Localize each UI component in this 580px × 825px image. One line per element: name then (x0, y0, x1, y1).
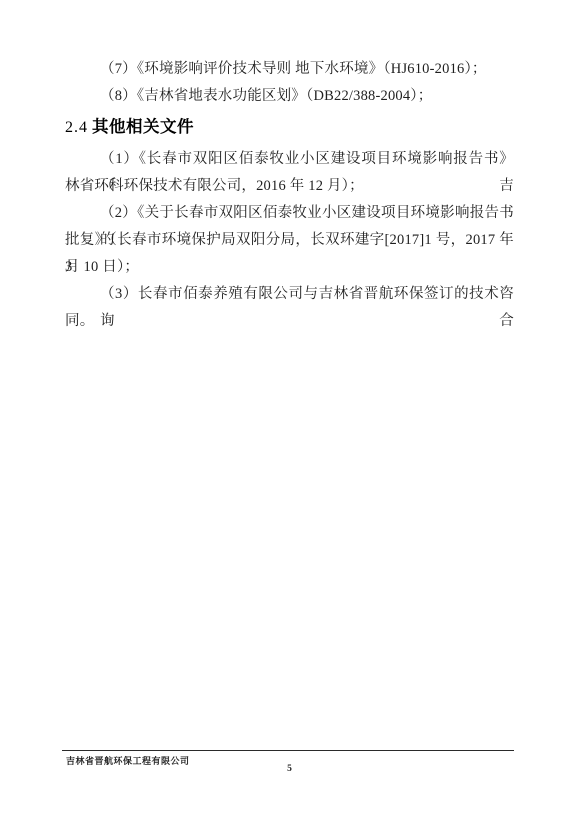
page-content: （7）《环境影响评价技术导则 地下水环境》（HJ610-2016）； （8）《吉… (65, 56, 514, 335)
body-line: （3）长春市佰泰养殖有限公司与吉林省晋航环保签订的技术咨询合 (65, 281, 514, 308)
body-line: （7）《环境影响评价技术导则 地下水环境》（HJ610-2016）； (65, 56, 514, 83)
footer-divider (62, 750, 514, 751)
section-heading: 2.4 其他相关文件 (65, 112, 514, 142)
body-line: （1）《长春市双阳区佰泰牧业小区建设项目环境影响报告书》（吉 (65, 146, 514, 173)
body-line: （2）《关于长春市双阳区佰泰牧业小区建设项目环境影响报告书的 (65, 200, 514, 227)
body-line: （8）《吉林省地表水功能区划》（DB22/388-2004）； (65, 83, 514, 110)
section-title: 其他相关文件 (92, 118, 194, 136)
document-page: （7）《环境影响评价技术导则 地下水环境》（HJ610-2016）； （8）《吉… (0, 0, 580, 825)
body-line: 月 10 日）； (65, 254, 514, 281)
section-number: 2.4 (65, 119, 88, 136)
page-number: 5 (65, 764, 514, 774)
body-line: 批复》（长春市环境保护局双阳分局，长双环建字[2017]1 号，2017 年 3 (65, 227, 514, 254)
